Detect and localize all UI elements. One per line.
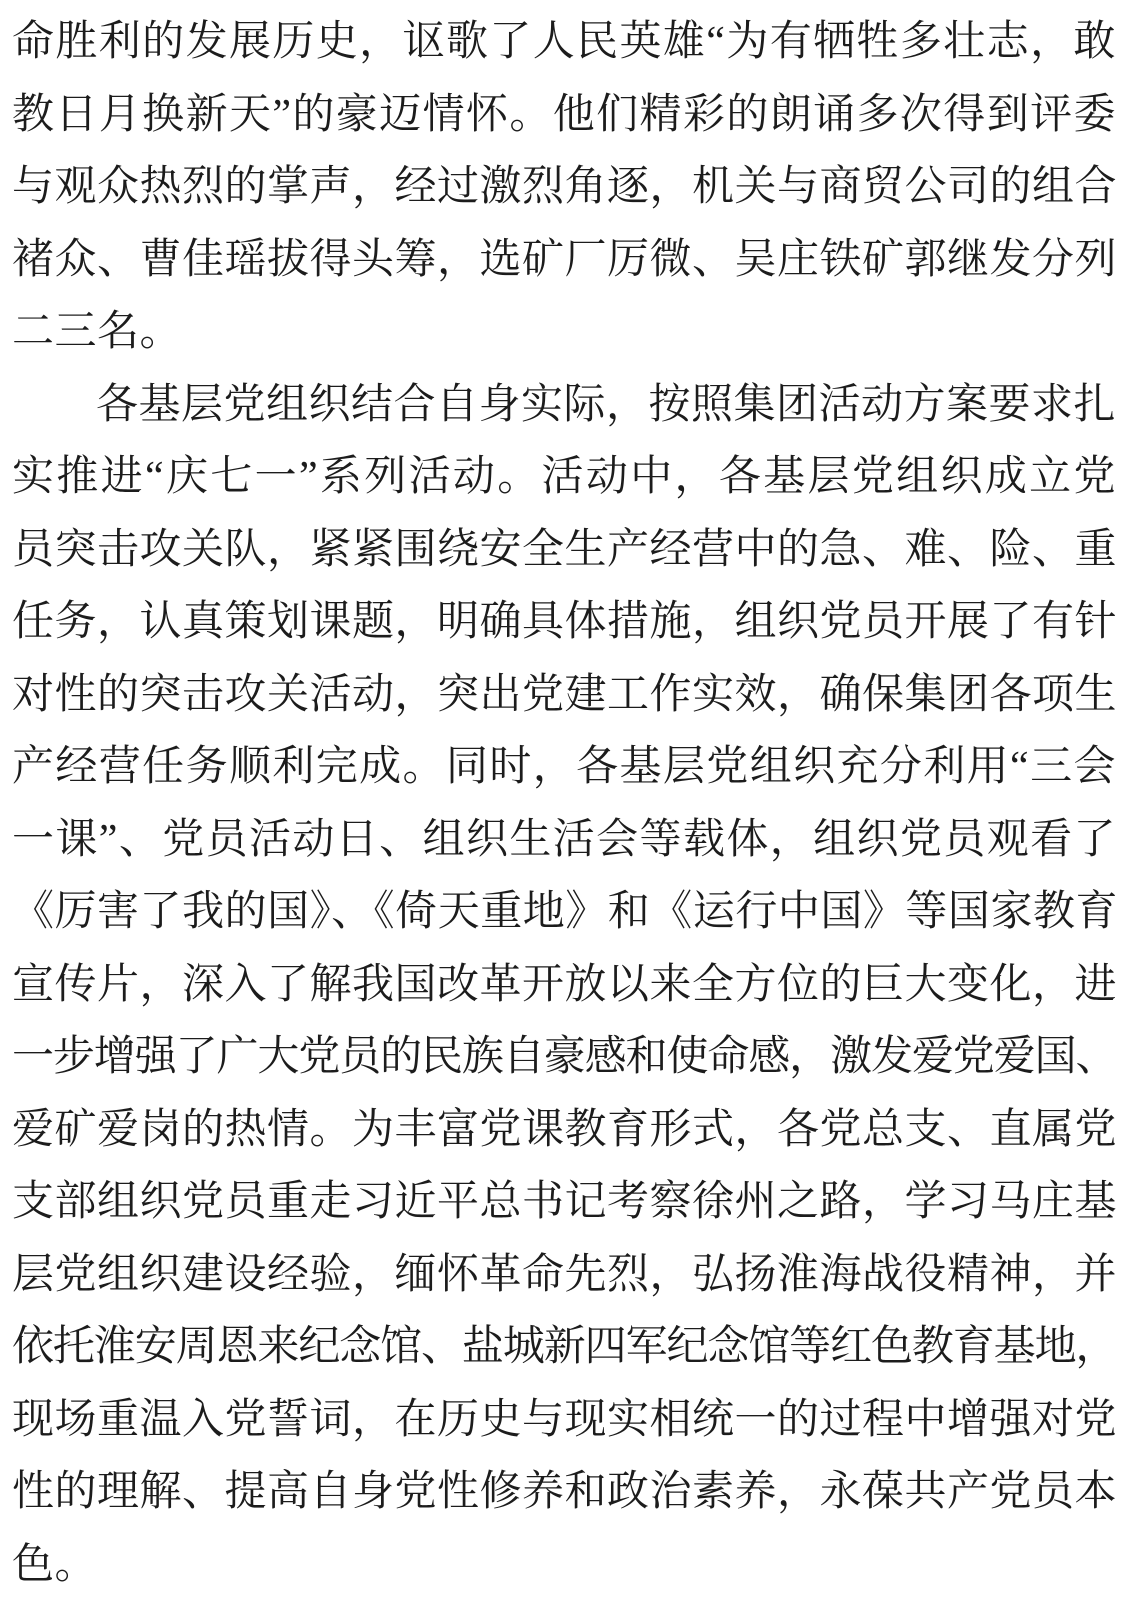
text-line: 一步增强了广大党员的民族自豪感和使命感，激发爱党爱国、 [12, 1021, 1116, 1094]
text-line: 性的理解、提高自身党性修养和政治素养，永葆共产党员本 [12, 1456, 1116, 1529]
document-page: 命胜利的发展历史，讴歌了人民英雄“为有牺牲多壮志，敢 教日月换新天”的豪迈情怀。… [0, 0, 1144, 1600]
text-line: 现场重温入党誓词，在历史与现实相统一的过程中增强对党 [12, 1384, 1116, 1457]
text-line: 褚众、曹佳瑶拔得头筹，选矿厂厉微、吴庄铁矿郭继发分列 [12, 224, 1116, 297]
text-line: 任务，认真策划课题，明确具体措施，组织党员开展了有针 [12, 586, 1116, 659]
text-line: 依托淮安周恩来纪念馆、盐城新四军纪念馆等红色教育基地， [12, 1311, 1116, 1384]
text-line: 二三名。 [12, 296, 1116, 369]
text-line: 与观众热烈的掌声，经过激烈角逐，机关与商贸公司的组合 [12, 151, 1116, 224]
text-line: 层党组织建设经验，缅怀革命先烈，弘扬淮海战役精神，并 [12, 1239, 1116, 1312]
text-line: 色。 [12, 1529, 1116, 1600]
paragraph-continuation: 命胜利的发展历史，讴歌了人民英雄“为有牺牲多壮志，敢 教日月换新天”的豪迈情怀。… [12, 6, 1116, 369]
text-line: 实推进“庆七一”系列活动。活动中，各基层党组织成立党 [12, 441, 1116, 514]
text-line: 员突击攻关队，紧紧围绕安全生产经营中的急、难、险、重 [12, 514, 1116, 587]
paragraph-body: 各基层党组织结合自身实际，按照集团活动方案要求扎 实推进“庆七一”系列活动。活动… [12, 369, 1116, 1600]
text-line: 命胜利的发展历史，讴歌了人民英雄“为有牺牲多壮志，敢 [12, 6, 1116, 79]
text-line: 产经营任务顺利完成。同时，各基层党组织充分利用“三会 [12, 731, 1116, 804]
text-line: 《厉害了我的国》、《倚天重地》和《运行中国》等国家教育 [12, 876, 1116, 949]
text-line: 对性的突击攻关活动，突出党建工作实效，确保集团各项生 [12, 659, 1116, 732]
text-line: 爱矿爱岗的热情。为丰富党课教育形式，各党总支、直属党 [12, 1094, 1116, 1167]
text-line: 一课”、党员活动日、组织生活会等载体，组织党员观看了 [12, 804, 1116, 877]
text-line: 宣传片，深入了解我国改革开放以来全方位的巨大变化，进 [12, 949, 1116, 1022]
text-line: 各基层党组织结合自身实际，按照集团活动方案要求扎 [12, 369, 1116, 442]
text-line: 教日月换新天”的豪迈情怀。他们精彩的朗诵多次得到评委 [12, 79, 1116, 152]
text-line: 支部组织党员重走习近平总书记考察徐州之路，学习马庄基 [12, 1166, 1116, 1239]
